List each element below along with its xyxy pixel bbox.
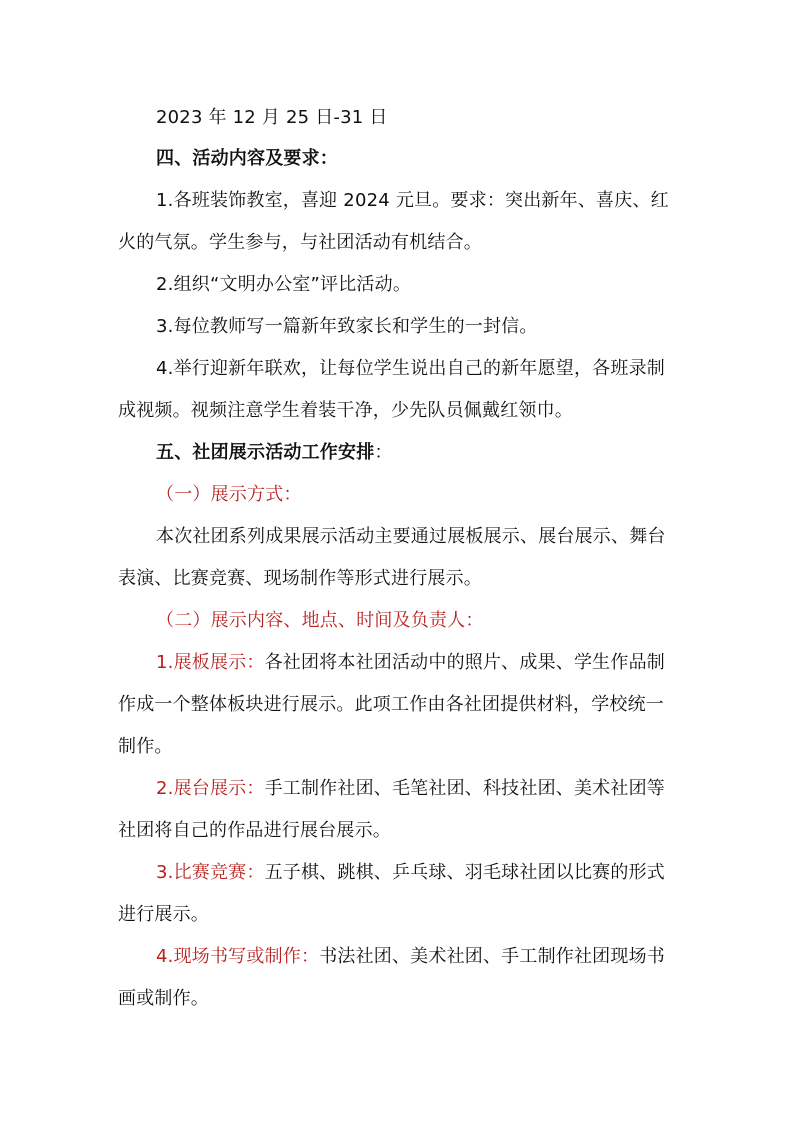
sub2-item2-text: 手工制作社团、毛笔社团、科技社团、美术社团等: [265, 778, 665, 799]
sub2-item2-line1: 2.展台展示：手工制作社团、毛笔社团、科技社团、美术社团等: [156, 777, 665, 801]
sub2-item2-label: 2.展台展示：: [156, 778, 265, 799]
section4-item2: 2.组织“文明办公室”评比活动。: [156, 273, 411, 297]
sub1-line2: 表演、比赛竞赛、现场制作等形式进行展示。: [118, 567, 482, 591]
sub2-item2-line2: 社团将自己的作品进行展台展示。: [118, 819, 391, 843]
sub2-item4-line1: 4.现场书写或制作：书法社团、美术社团、手工制作社团现场书: [156, 945, 665, 969]
sub2-item4-label: 4.现场书写或制作：: [156, 946, 319, 967]
section4-heading: 四、活动内容及要求：: [156, 147, 338, 171]
sub2-item4-line2: 画或制作。: [118, 987, 209, 1011]
section5-heading-colon: ：: [374, 442, 392, 463]
sub2-item1-line1: 1.展板展示：各社团将本社团活动中的照片、成果、学生作品制: [156, 651, 665, 675]
section5-heading: 五、社团展示活动工作安排：: [156, 441, 393, 465]
sub1-line1: 本次社团系列成果展示活动主要通过展板展示、展台展示、舞台: [156, 525, 666, 549]
sub2-item1-line2: 作成一个整体板块进行展示。此项工作由各社团提供材料，学校统一: [118, 693, 664, 717]
section4-item4-line1: 4.举行迎新年联欢，让每位学生说出自己的新年愿望，各班录制: [156, 357, 665, 381]
sub2-heading: （二）展示内容、地点、时间及负责人：: [156, 609, 484, 633]
sub2-item4-text: 书法社团、美术社团、手工制作社团现场书: [319, 946, 665, 967]
section4-item3: 3.每位教师写一篇新年致家长和学生的一封信。: [156, 315, 538, 339]
sub2-item1-text: 各社团将本社团活动中的照片、成果、学生作品制: [265, 652, 665, 673]
sub2-item3-label: 3.比赛竞赛：: [156, 862, 265, 883]
sub1-heading: （一）展示方式：: [156, 483, 302, 507]
sub2-item1-line3: 制作。: [118, 735, 173, 759]
sub2-item3-text: 五子棋、跳棋、乒乓球、羽毛球社团以比赛的形式: [265, 862, 665, 883]
section4-item4-line2: 成视频。视频注意学生着装干净，少先队员佩戴红领巾。: [118, 399, 573, 423]
sub2-item3-line1: 3.比赛竞赛：五子棋、跳棋、乒乓球、羽毛球社团以比赛的形式: [156, 861, 665, 885]
sub2-item1-label: 1.展板展示：: [156, 652, 265, 673]
document-page: 2023 年 12 月 25 日-31 日 四、活动内容及要求： 1.各班装饰教…: [0, 0, 793, 1122]
date-line: 2023 年 12 月 25 日-31 日: [156, 106, 388, 130]
section5-heading-text: 五、社团展示活动工作安排: [156, 442, 374, 463]
section4-item1-line1: 1.各班装饰教室，喜迎 2024 元旦。要求：突出新年、喜庆、红: [156, 189, 669, 213]
section4-item1-line2: 火的气氛。学生参与，与社团活动有机结合。: [118, 231, 482, 255]
sub2-item3-line2: 进行展示。: [118, 903, 209, 927]
